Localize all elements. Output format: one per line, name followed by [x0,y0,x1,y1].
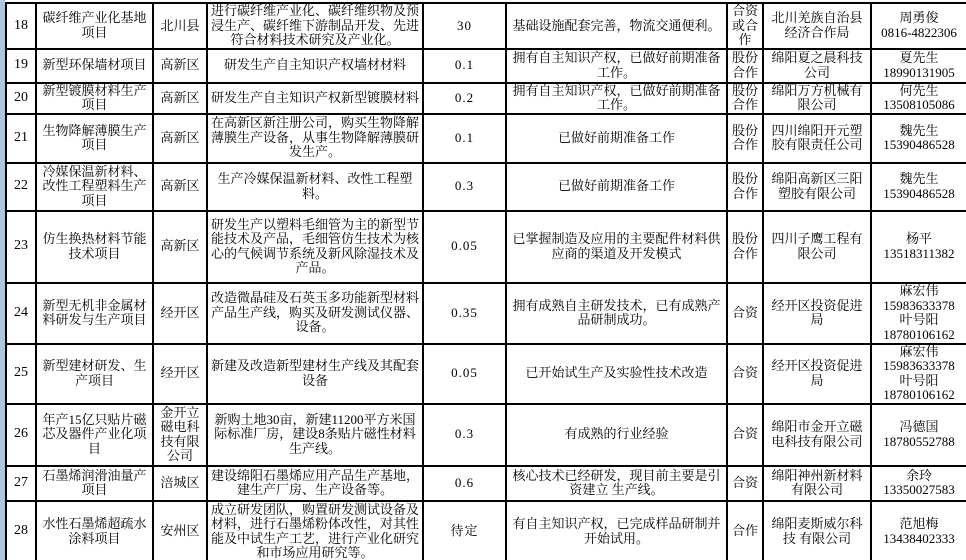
cooperation-type-cell: 合资或合作 [727,3,763,49]
description-cell: 改造微晶硅及石英玉多功能新型材料产品生产线，购买及研发测试仪器、设备。 [207,283,423,344]
project-name-cell: 水性石墨烯超疏水涂料项目 [36,501,153,560]
table-row: 26年产15亿只贴片磁芯及器件产业化项目金开立磁电科技有限公司新购土地30亩，新… [6,404,966,466]
investment-cell: 0.6 [423,466,506,501]
table-row: 22冷媒保温新材料、改性工程塑料生产项目高新区生产冷媒保温新材料、改性工程塑料。… [6,163,966,211]
contact-cell: 麻宏伟15983633378叶号阳18780106162 [871,344,966,404]
table-row: 19新型环保墙材项目高新区研发生产自主知识产权墙材材料0.1拥有自主知识产权，已… [6,49,966,83]
contact-line: 15390486528 [874,138,964,153]
contact-line: 15983633378 [874,359,964,374]
conditions-cell: 已掌握制造及应用的主要配件材料供应商的渠道及开发模式 [506,211,727,283]
project-table: 18碳纤维产业化基地项目北川县进行碳纤维产业化、碳纤维织物及预浸生产、碳纤维下游… [5,2,966,560]
conditions-cell: 有成熟的行业经验 [506,404,727,466]
conditions-cell: 拥有自主知识产权，已做好前期准备工作。 [506,49,727,83]
contact-line: 杨平 [874,232,964,247]
contact-cell: 夏先生18990131905 [871,49,966,83]
row-number-cell: 24 [6,283,36,344]
contact-line: 18780552788 [874,435,964,450]
contact-line: 余玲 [874,469,964,484]
contact-line: 夏先生 [874,51,964,66]
organization-cell: 绵阳神州新材料有限公司 [763,466,871,501]
row-number-cell: 25 [6,344,36,404]
conditions-cell: 核心技术已经研发，现目前主要是引资建立 生产线。 [506,466,727,501]
organization-cell: 四川子鹰工程有限公司 [763,211,871,283]
row-number-cell: 27 [6,466,36,501]
row-number-cell: 26 [6,404,36,466]
investment-cell: 0.05 [423,211,506,283]
contact-line: 13518311382 [874,247,964,262]
row-number-cell: 23 [6,211,36,283]
investment-cell: 0.2 [423,83,506,114]
project-name-cell: 新型无机非金属材料研发与生产项目 [36,283,153,344]
contact-cell: 余玲13350027583 [871,466,966,501]
contact-line: 何先生 [874,84,964,99]
conditions-cell: 已开始试生产及实验性技术改造 [506,344,727,404]
organization-cell: 绵阳万方机械有限公司 [763,83,871,114]
organization-cell: 经开区投资促进局 [763,283,871,344]
conditions-cell: 有自主知识产权，已完成样品研制并开始试用。 [506,501,727,560]
description-cell: 研发生产自主知识产权新型镀膜材料 [207,83,423,114]
contact-cell: 魏先生15390486528 [871,114,966,163]
conditions-cell: 已做好前期准备工作 [506,163,727,211]
row-number-cell: 19 [6,49,36,83]
row-number-cell: 21 [6,114,36,163]
contact-cell: 麻宏伟15983633378叶号阳18780106162 [871,283,966,344]
description-cell: 成立研发团队，购置研发测试设备及材料，进行石墨烯粉体改性，对其性能及中试生产工艺… [207,501,423,560]
cooperation-type-cell: 股份合作 [727,211,763,283]
cooperation-type-cell: 股份合作 [727,114,763,163]
investment-cell: 0.05 [423,344,506,404]
contact-line: 叶号阳 [874,313,964,328]
location-cell: 高新区 [153,114,207,163]
contact-line: 冯德国 [874,420,964,435]
conditions-cell: 基础设施配套完善，物流交通便利。 [506,3,727,49]
investment-cell: 待定 [423,501,506,560]
project-name-cell: 生物降解薄膜生产项目 [36,114,153,163]
location-cell: 北川县 [153,3,207,49]
organization-cell: 绵阳市金开立磁电科技有限公司 [763,404,871,466]
project-name-cell: 石墨烯润滑油量产项目 [36,466,153,501]
investment-cell: 0.35 [423,283,506,344]
contact-line: 18780106162 [874,328,964,343]
description-cell: 在高新区新注册公司，购买生物降解薄膜生产设备，从事生物降解薄膜研发生产。 [207,114,423,163]
row-number-cell: 20 [6,83,36,114]
project-name-cell: 新型环保墙材项目 [36,49,153,83]
conditions-cell: 拥有成熟自主研发技术，已有成熟产品研制成功。 [506,283,727,344]
cooperation-type-cell: 股份合作 [727,163,763,211]
organization-cell: 四川绵阳开元塑胶有限责任公司 [763,114,871,163]
location-cell: 金开立磁电科技有限公司 [153,404,207,466]
cooperation-type-cell: 合资 [727,404,763,466]
investment-cell: 0.3 [423,163,506,211]
contact-cell: 何先生13508105086 [871,83,966,114]
cooperation-type-cell: 股份合作 [727,49,763,83]
cooperation-type-cell: 合资 [727,283,763,344]
table-row: 20新型镀膜材料生产项目高新区研发生产自主知识产权新型镀膜材料0.2拥有自主知识… [6,83,966,114]
contact-line: 15390486528 [874,187,964,202]
organization-cell: 绵阳高新区三阳塑胶有限公司 [763,163,871,211]
location-cell: 高新区 [153,49,207,83]
table-row: 18碳纤维产业化基地项目北川县进行碳纤维产业化、碳纤维织物及预浸生产、碳纤维下游… [6,3,966,49]
investment-cell: 0.1 [423,49,506,83]
cooperation-type-cell: 股份合作 [727,83,763,114]
contact-line: 麻宏伟 [874,345,964,360]
project-name-cell: 碳纤维产业化基地项目 [36,3,153,49]
description-cell: 进行碳纤维产业化、碳纤维织物及预浸生产、碳纤维下游制品开发、先进符合材料技术研究… [207,3,423,49]
location-cell: 经开区 [153,344,207,404]
contact-line: 18780106162 [874,388,964,403]
organization-cell: 绵阳夏之晨科技公司 [763,49,871,83]
description-cell: 建设绵阳石墨烯应用产品生产基地，建生产厂房、生产设备等。 [207,466,423,501]
row-number-cell: 28 [6,501,36,560]
organization-cell: 绵阳麦斯威尔科技 有限公司 [763,501,871,560]
cooperation-type-cell: 合资 [727,344,763,404]
cooperation-type-cell: 合资 [727,466,763,501]
contact-line: 叶号阳 [874,374,964,389]
contact-cell: 杨平13518311382 [871,211,966,283]
description-cell: 研发生产自主知识产权墙材材料 [207,49,423,83]
contact-line: 麻宏伟 [874,284,964,299]
conditions-cell: 已做好前期准备工作 [506,114,727,163]
project-table-body: 18碳纤维产业化基地项目北川县进行碳纤维产业化、碳纤维织物及预浸生产、碳纤维下游… [6,3,966,560]
contact-line: 18990131905 [874,66,964,81]
contact-line: 范旭梅 [874,517,964,532]
document-page: 18碳纤维产业化基地项目北川县进行碳纤维产业化、碳纤维织物及预浸生产、碳纤维下游… [0,0,966,560]
table-row: 21生物降解薄膜生产项目高新区在高新区新注册公司，购买生物降解薄膜生产设备，从事… [6,114,966,163]
contact-line: 魏先生 [874,172,964,187]
contact-line: 13438402333 [874,532,964,547]
table-row: 24新型无机非金属材料研发与生产项目经开区改造微晶硅及石英玉多功能新型材料产品生… [6,283,966,344]
project-name-cell: 新型镀膜材料生产项目 [36,83,153,114]
table-row: 23仿生换热材料节能技术项目高新区研发生产以塑料毛细管为主的新型节能技术及产品，… [6,211,966,283]
location-cell: 安州区 [153,501,207,560]
row-number-cell: 18 [6,3,36,49]
contact-cell: 范旭梅13438402333 [871,501,966,560]
location-cell: 高新区 [153,211,207,283]
location-cell: 高新区 [153,83,207,114]
investment-cell: 0.1 [423,114,506,163]
location-cell: 涪城区 [153,466,207,501]
location-cell: 高新区 [153,163,207,211]
description-cell: 研发生产以塑料毛细管为主的新型节能技术及产品，毛细管仿生技术为核心的气候调节系统… [207,211,423,283]
organization-cell: 北川羌族自治县经济合作局 [763,3,871,49]
description-cell: 新建及改造新型建材生产线及其配套设备 [207,344,423,404]
table-row: 27石墨烯润滑油量产项目涪城区建设绵阳石墨烯应用产品生产基地，建生产厂房、生产设… [6,466,966,501]
project-name-cell: 冷媒保温新材料、改性工程塑料生产项目 [36,163,153,211]
investment-cell: 0.3 [423,404,506,466]
table-row: 25新型建材研发、生产项目经开区新建及改造新型建材生产线及其配套设备0.05已开… [6,344,966,404]
contact-line: 周勇俊 [874,11,964,26]
contact-line: 13508105086 [874,98,964,113]
contact-cell: 魏先生15390486528 [871,163,966,211]
organization-cell: 经开区投资促进局 [763,344,871,404]
row-number-cell: 22 [6,163,36,211]
table-row: 28水性石墨烯超疏水涂料项目安州区成立研发团队，购置研发测试设备及材料，进行石墨… [6,501,966,560]
contact-cell: 冯德国18780552788 [871,404,966,466]
contact-line: 15983633378 [874,299,964,314]
cooperation-type-cell: 合作 [727,501,763,560]
contact-line: 0816-4822306 [874,26,964,41]
project-name-cell: 年产15亿只贴片磁芯及器件产业化项目 [36,404,153,466]
conditions-cell: 拥有自主知识产权，已做好前期准备工作。 [506,83,727,114]
contact-line: 魏先生 [874,124,964,139]
contact-cell: 周勇俊0816-4822306 [871,3,966,49]
project-name-cell: 仿生换热材料节能技术项目 [36,211,153,283]
investment-cell: 30 [423,3,506,49]
contact-line: 13350027583 [874,483,964,498]
location-cell: 经开区 [153,283,207,344]
description-cell: 生产冷媒保温新材料、改性工程塑料。 [207,163,423,211]
description-cell: 新购土地30亩，新建11200平方米国际标准厂房，建设8条贴片磁性材料生产线。 [207,404,423,466]
project-name-cell: 新型建材研发、生产项目 [36,344,153,404]
